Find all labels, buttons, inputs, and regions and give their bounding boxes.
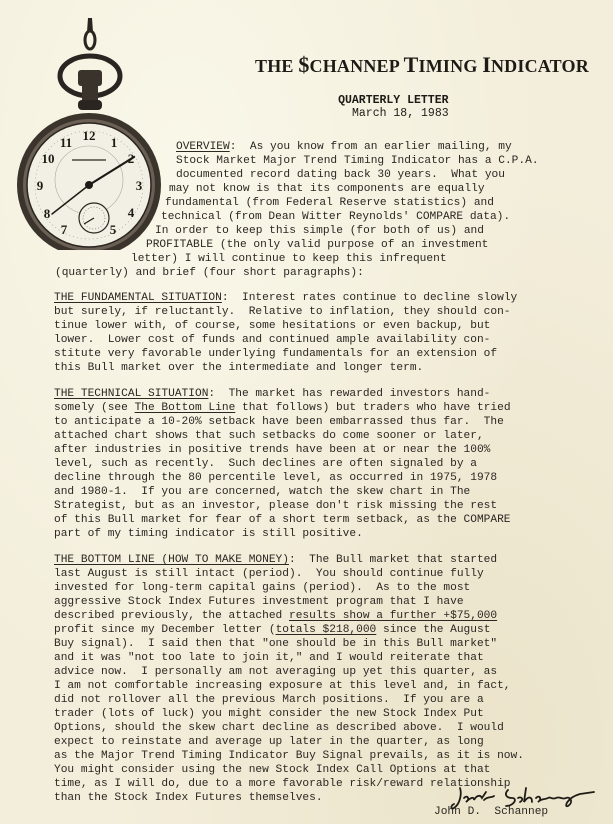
totals-highlight: totals $218,000	[276, 624, 377, 636]
letter-page: 12 1 2 3 4 5 7 8 9 10 11 THE $CHANNEP TI…	[0, 0, 613, 824]
svg-text:10: 10	[42, 151, 55, 166]
bottom-line-reference: The Bottom Line	[135, 402, 236, 414]
pocket-watch-icon: 12 1 2 3 4 5 7 8 9 10 11	[14, 10, 164, 250]
svg-text:4: 4	[128, 205, 135, 220]
letter-type: QUARTERLY LETTER	[338, 94, 449, 107]
typed-signature-name: John D. Schannep	[434, 806, 548, 818]
svg-text:8: 8	[44, 206, 51, 221]
results-highlight: results show a further +$75,000	[289, 610, 497, 622]
overview-heading: OVERVIEW	[176, 141, 230, 153]
svg-text:11: 11	[60, 135, 72, 150]
fundamental-heading: THE FUNDAMENTAL SITUATION	[54, 292, 222, 304]
svg-text:7: 7	[61, 222, 68, 237]
numeral-12: 12	[83, 128, 96, 143]
newsletter-title: THE $CHANNEP TIMING INDICATOR	[255, 52, 589, 78]
svg-text:9: 9	[37, 178, 44, 193]
letter-date: March 18, 1983	[338, 107, 449, 120]
bottom-line-heading: THE BOTTOM LINE (HOW TO MAKE MONEY)	[54, 554, 289, 566]
letter-header: QUARTERLY LETTER March 18, 1983	[338, 94, 449, 120]
svg-text:5: 5	[110, 222, 117, 237]
svg-text:3: 3	[136, 178, 143, 193]
technical-heading: THE TECHNICAL SITUATION	[54, 388, 208, 400]
numeral-1: 1	[111, 135, 118, 150]
